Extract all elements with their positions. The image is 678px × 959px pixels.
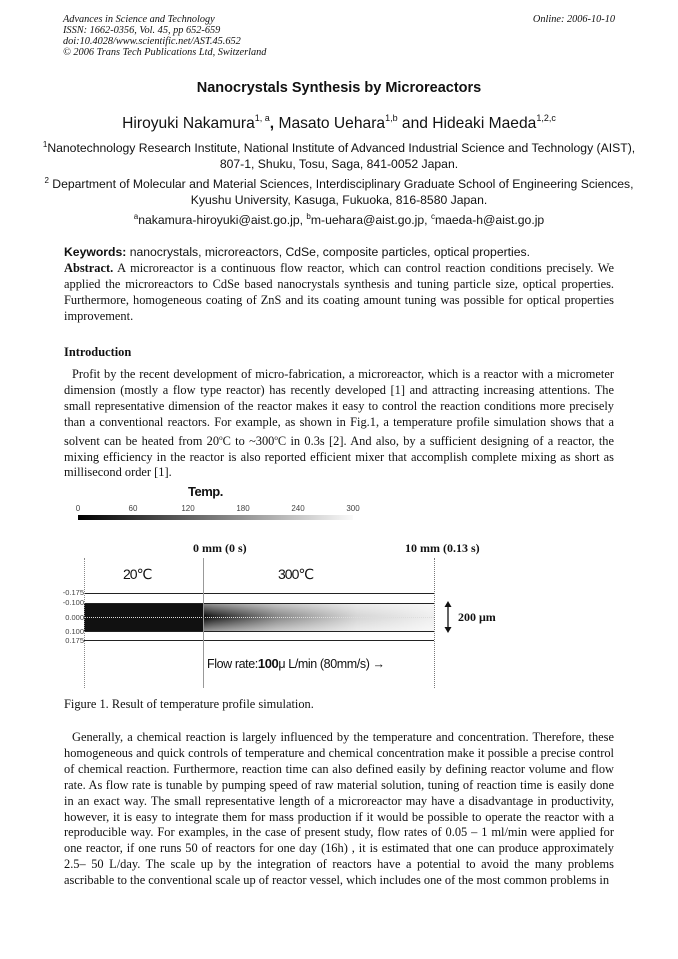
email-link[interactable]: m-uehara@aist.go.jp, (311, 213, 431, 227)
abstract-label: Abstract. (64, 261, 113, 275)
cold-zone-label: 20℃ (123, 566, 151, 583)
affiliation-1: 1Nanotechnology Research Institute, Nati… (40, 137, 638, 172)
author-name: Hideaki Maeda (432, 115, 536, 132)
temp-scale-ticks: 060120180240300 (76, 504, 356, 514)
y-tick: -0.100 (60, 598, 84, 607)
temp-tick: 180 (236, 504, 249, 513)
abstract: Abstract. A microreactor is a continuous… (64, 261, 614, 325)
y-tick: 0.000 (60, 613, 84, 622)
y-axis (84, 558, 85, 688)
keywords: Keywords: nanocrystals, microreactors, C… (64, 245, 530, 259)
author-sep: and (398, 115, 433, 132)
temp-tick: 60 (129, 504, 138, 513)
boundary-line (84, 631, 434, 632)
y-tick: 0.100 (60, 627, 84, 636)
affiliation-text: Nanotechnology Research Institute, Natio… (47, 141, 635, 171)
author-sup: 1, a (255, 113, 270, 123)
email-link[interactable]: maeda-h@aist.go.jp (435, 213, 544, 227)
position-start-label: 0 mm (0 s) (193, 541, 247, 556)
figure-caption: Figure 1. Result of temperature profile … (64, 697, 314, 712)
author-name: Hiroyuki Nakamura (122, 115, 255, 132)
issn-line: ISSN: 1662-0356, Vol. 45, pp 652-659 (63, 25, 266, 36)
flow-value: 100 (258, 656, 279, 671)
y-tick: -0.175 (60, 588, 84, 597)
author-name: Masato Uehara (278, 115, 385, 132)
journal-name: Advances in Science and Technology (63, 14, 266, 25)
flow-rate-label: Flow rate:100μ L/min (80mm/s) → (207, 656, 385, 671)
journal-header: Advances in Science and Technology ISSN:… (63, 14, 266, 58)
start-marker-line (203, 558, 204, 688)
temp-scale-title: Temp. (188, 484, 223, 499)
figure-1: Temp. 060120180240300 0 mm (0 s) 10 mm (… (60, 480, 520, 690)
affiliation-text: Department of Molecular and Material Sci… (49, 177, 634, 207)
position-end-label: 10 mm (0.13 s) (405, 541, 480, 556)
boundary-line (84, 603, 434, 604)
temp-gradient-bar (78, 515, 353, 520)
keywords-label: Keywords: (64, 245, 126, 259)
affiliation-2: 2 Department of Molecular and Material S… (40, 173, 638, 208)
channel-width-label: 200 μm (458, 610, 496, 625)
intro-paragraph-1: Profit by the recent development of micr… (64, 367, 614, 481)
doi-line: doi:10.4028/www.scientific.net/AST.45.65… (63, 36, 266, 47)
channel-centerline (84, 617, 434, 618)
email-link[interactable]: nakamura-hiroyuki@aist.go.jp, (138, 213, 306, 227)
temp-tick: 300 (346, 504, 359, 513)
author-sup: 1,b (385, 113, 398, 123)
keywords-text: nanocrystals, microreactors, CdSe, compo… (126, 245, 530, 259)
online-date: Online: 2006-10-10 (533, 14, 615, 25)
copyright-line: © 2006 Trans Tech Publications Ltd, Swit… (63, 47, 266, 58)
author-sup: 1,2,c (536, 113, 556, 123)
temp-tick: 0 (76, 504, 80, 513)
double-arrow-icon (443, 601, 453, 633)
boundary-line (84, 640, 434, 641)
flow-prefix: Flow rate: (207, 657, 258, 671)
flow-suffix: μ L/min (80mm/s) → (278, 657, 384, 671)
y-tick: 0.175 (60, 636, 84, 645)
temp-tick: 120 (181, 504, 194, 513)
intro-paragraph-2: Generally, a chemical reaction is largel… (64, 730, 614, 889)
end-marker-line (434, 558, 435, 688)
hot-zone-label: 300℃ (278, 566, 313, 583)
paragraph-text: C to ~300 (223, 434, 275, 448)
email-list: anakamura-hiroyuki@aist.go.jp, bm-uehara… (40, 209, 638, 228)
temp-tick: 240 (291, 504, 304, 513)
paper-title: Nanocrystals Synthesis by Microreactors (0, 80, 678, 96)
author-list: Hiroyuki Nakamura1, a, Masato Uehara1,b … (0, 113, 678, 133)
section-heading-introduction: Introduction (64, 345, 131, 360)
abstract-text: A microreactor is a continuous flow reac… (64, 261, 614, 323)
boundary-line (84, 593, 434, 594)
